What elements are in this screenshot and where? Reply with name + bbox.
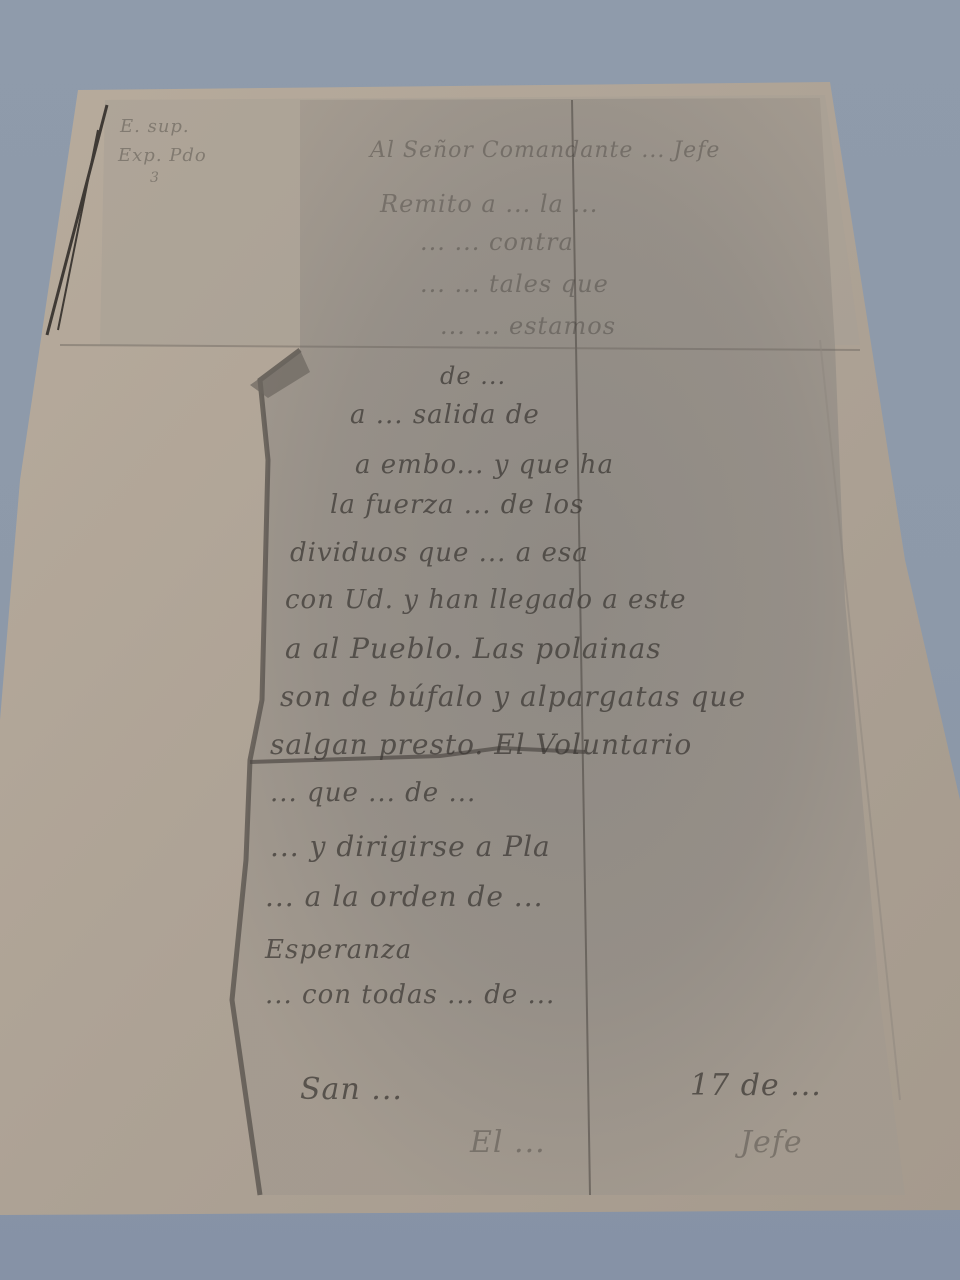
letter-line: a embo... y que ha	[355, 450, 614, 480]
letter-line: ... que ... de ...	[270, 778, 476, 808]
letter-line: ... con todas ... de ...	[265, 980, 555, 1010]
letter-line: ... y dirigirse a Pla	[270, 830, 551, 863]
margin-note-line: 3	[150, 170, 160, 186]
salutation: Al Señor Comandante ... Jefe	[370, 138, 720, 163]
letter-line: son de búfalo y alpargatas que	[280, 680, 746, 713]
signature-right: Jefe	[740, 1125, 803, 1160]
letter-line: dividuos que ... a esa	[290, 538, 589, 568]
letter-line: Remito a ... la ...	[380, 190, 598, 218]
margin-note-line: E. sup.	[120, 116, 190, 137]
letter-line: ... ... estamos	[440, 312, 616, 340]
letter-line: ... a la orden de ...	[265, 880, 544, 913]
letter-line: a al Pueblo. Las polainas	[285, 632, 662, 665]
signature-left: El ...	[470, 1125, 546, 1160]
letter-line: de ...	[440, 362, 506, 390]
letter-line: ... ... tales que	[420, 270, 609, 298]
letter-line: con Ud. y han llegado a este	[285, 585, 687, 615]
letter-line: Esperanza	[265, 935, 412, 965]
closing-place: San ...	[300, 1072, 403, 1107]
letter-line: salgan presto. El Voluntario	[270, 728, 692, 761]
letter-photo: E. sup. Exp. Pdo 3 Al Señor Comandante .…	[0, 0, 960, 1280]
letter-line: ... ... contra	[420, 228, 574, 256]
letter-line: la fuerza ... de los	[330, 490, 584, 520]
letter-line: a ... salida de	[350, 400, 540, 430]
margin-note-line: Exp. Pdo	[118, 145, 207, 166]
closing-date: 17 de ...	[690, 1068, 822, 1103]
